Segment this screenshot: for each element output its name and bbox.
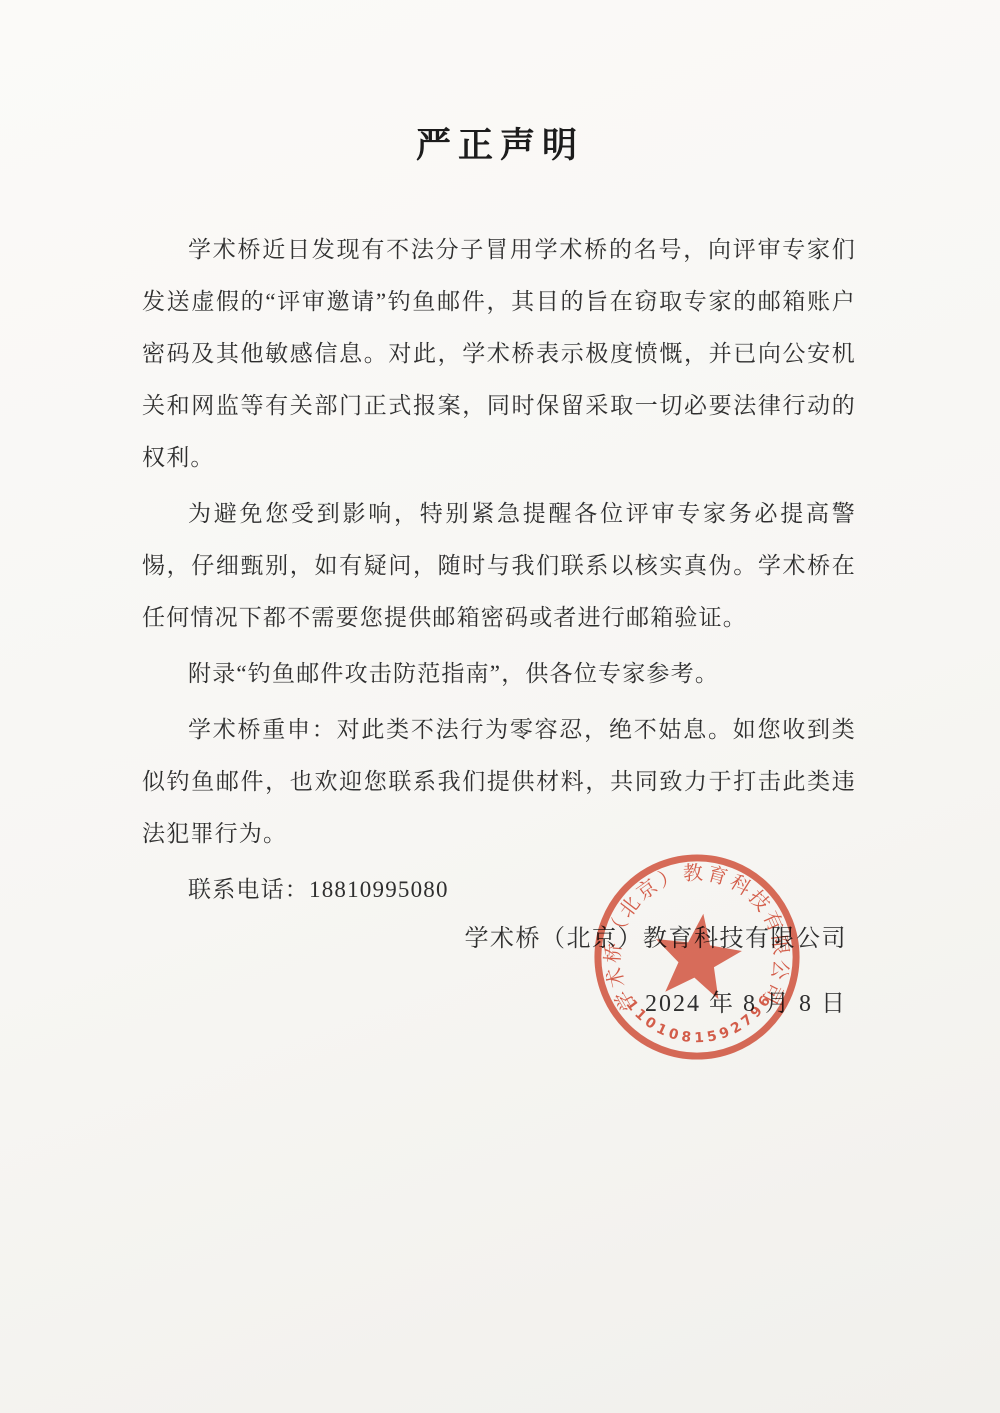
paragraph-appendix: 附录“钓鱼邮件攻击防范指南”，供各位专家参考。 [142,648,856,700]
paragraph-incident: 学术桥近日发现有不法分子冒用学术桥的名号，向评审专家们发送虚假的“评审邀请”钓鱼… [142,224,856,484]
scanned-statement-page: 严正声明 学术桥近日发现有不法分子冒用学术桥的名号，向评审专家们发送虚假的“评审… [0,0,1000,1413]
signature-date: 2024 年 8 月 8 日 [465,983,848,1018]
paragraph-zero-tolerance: 学术桥重申：对此类不法行为零容忍，绝不姑息。如您收到类似钓鱼邮件，也欢迎您联系我… [142,704,856,860]
paragraph-warning: 为避免您受到影响，特别紧急提醒各位评审专家务必提高警惕，仔细甄别，如有疑问，随时… [142,488,856,644]
page-title: 严正声明 [0,118,1000,168]
signature-block: 学术桥（北京）教育科技有限公司 2024 年 8 月 8 日 [465,918,848,1018]
statement-body: 学术桥近日发现有不法分子冒用学术桥的名号，向评审专家们发送虚假的“评审邀请”钓鱼… [142,224,856,920]
signature-company-name: 学术桥（北京）教育科技有限公司 [465,918,848,953]
contact-phone-line: 联系电话：18810995080 [142,864,856,916]
